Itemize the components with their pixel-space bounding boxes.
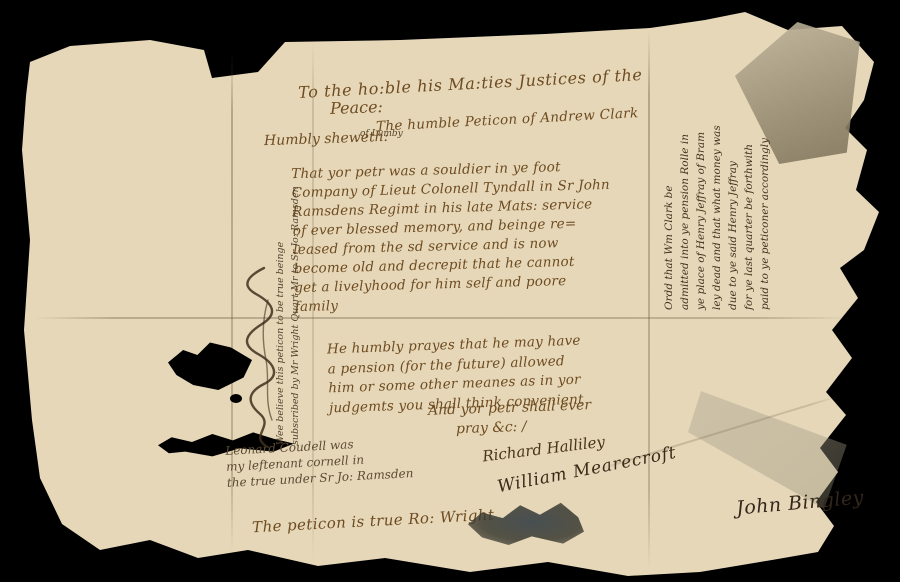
parchment-hole-small bbox=[230, 394, 242, 403]
right-margin-line: admitted into ye pension Rolle in bbox=[677, 24, 693, 310]
fold-crease-vertical-right bbox=[648, 30, 650, 570]
right-margin-line: Ordd that Wm Clark be bbox=[661, 24, 677, 310]
right-margin-line: due to ye said Henry Jeffray bbox=[725, 24, 741, 310]
heading-line-2: Peace: bbox=[330, 97, 384, 118]
flourish-squiggle-icon bbox=[244, 264, 278, 450]
right-margin-line: ye place of Henry Jeffray of Bram bbox=[693, 24, 709, 310]
right-margin-order-note: Ordd that Wm Clark be admitted into ye p… bbox=[661, 24, 775, 310]
right-margin-line: ley dead and that what money was bbox=[709, 24, 725, 310]
petition-body: That yor petr was a souldier in ye foot … bbox=[291, 157, 613, 317]
right-margin-line: for ye last quarter be forthwith bbox=[741, 24, 757, 310]
photo-background: To the ho:ble his Ma:ties Justices of th… bbox=[0, 0, 900, 582]
left-margin-line: subscribed by Mr Wright Quart Mr to Sr J… bbox=[288, 145, 303, 445]
right-margin-line: paid to ye peticoner accordingly bbox=[757, 24, 773, 310]
closing-line-2: pray &c: / bbox=[456, 419, 527, 437]
left-margin-signature-flourish bbox=[244, 264, 278, 450]
fold-crease-horizontal bbox=[34, 317, 854, 319]
